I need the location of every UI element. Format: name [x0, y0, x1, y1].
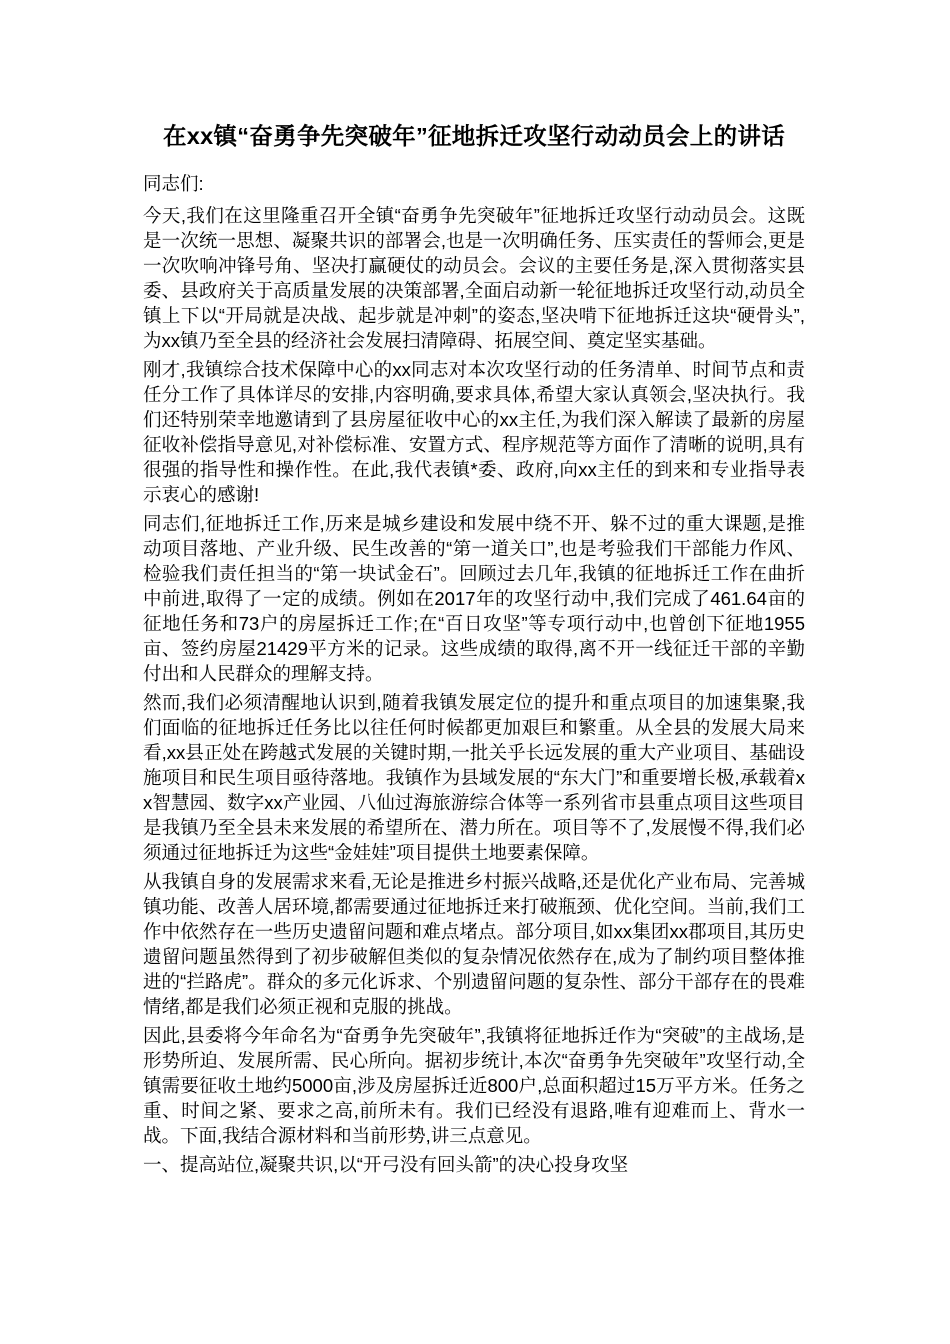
- document-title: 在xx镇“奋勇争先突破年”征地拆迁攻坚行动动员会上的讲话: [143, 122, 805, 150]
- greeting-line: 同志们:: [143, 171, 805, 196]
- paragraph-town-needs: 从我镇自身的发展需求来看,无论是推进乡村振兴战略,还是优化产业布局、完善城镇功能…: [143, 869, 805, 1019]
- paragraph-history-achievements: 同志们,征地拆迁工作,历来是城乡建设和发展中绕不开、躲不过的重大课题,是推动项目…: [143, 511, 805, 686]
- paragraph-county-situation: 然而,我们必须清醒地认识到,随着我镇发展定位的提升和重点项目的加速集聚,我们面临…: [143, 690, 805, 865]
- document-page: 在xx镇“奋勇争先突破年”征地拆迁攻坚行动动员会上的讲话 同志们: 今天,我们在…: [0, 0, 950, 1344]
- paragraph-opening: 今天,我们在这里隆重召开全镇“奋勇争先突破年”征地拆迁攻坚行动动员会。这既是一次…: [143, 203, 805, 353]
- paragraph-acknowledgement: 刚才,我镇综合技术保障中心的xx同志对本次攻坚行动的任务清单、时间节点和责任分工…: [143, 357, 805, 507]
- paragraph-campaign-statistics: 因此,县委将今年命名为“奋勇争先突破年”,我镇将征地拆迁作为“突破”的主战场,是…: [143, 1023, 805, 1148]
- section-heading-1: 一、提高站位,凝聚共识,以“开弓没有回头箭”的决心投身攻坚: [143, 1152, 805, 1177]
